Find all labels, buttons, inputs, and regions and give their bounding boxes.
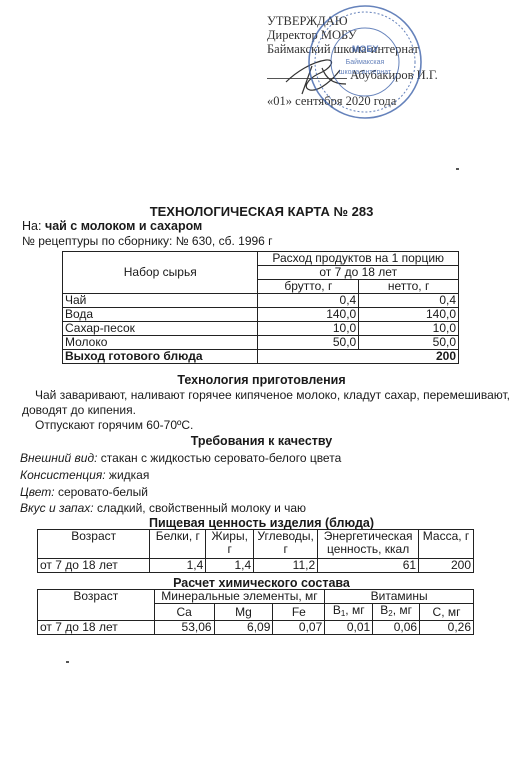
- quality-label: Консистенция:: [20, 468, 106, 482]
- quality-label: Внешний вид:: [20, 451, 97, 465]
- recipe-reference: № рецептуры по сборнику: № 630, сб. 1996…: [22, 234, 273, 248]
- chemical-table: Возраст Минеральные элементы, мг Витамин…: [37, 589, 474, 635]
- yield-label: Выход готового блюда: [63, 350, 258, 364]
- cell-fat: 1,4: [206, 559, 254, 573]
- header-protein: Белки, г: [150, 530, 206, 559]
- ingredient-net: 50,0: [359, 336, 459, 350]
- header-age: от 7 до 18 лет: [258, 266, 459, 280]
- ingredient-gross: 0,4: [258, 294, 359, 308]
- cell-energy: 61: [318, 559, 419, 573]
- header-fat: Жиры, г: [206, 530, 254, 559]
- quality-value: сладкий, свойственный молоку и чаю: [97, 501, 306, 515]
- ingredient-name: Молоко: [63, 336, 258, 350]
- vitamin-unit: , мг: [441, 605, 460, 619]
- quality-label: Цвет:: [20, 485, 55, 499]
- header-age: Возраст: [38, 590, 155, 621]
- header-energy: Энергетическая ценность, ккал: [318, 530, 419, 559]
- header-consumption: Расход продуктов на 1 порцию: [258, 252, 459, 266]
- ingredient-net: 10,0: [359, 322, 459, 336]
- cell-age: от 7 до 18 лет: [38, 621, 155, 635]
- technology-paragraph-1: Чай заваривают, наливают горячее кипячен…: [22, 388, 510, 418]
- yield-row: Выход готового блюда 200: [63, 350, 459, 364]
- scan-speck: [66, 661, 69, 663]
- vitamin-base: B: [333, 603, 341, 617]
- svg-text:МОБУ: МОБУ: [352, 44, 379, 54]
- for-label: На:: [22, 219, 41, 233]
- cell-protein: 1,4: [150, 559, 206, 573]
- header-c: C, мг: [420, 604, 474, 621]
- quality-color: Цвет: серовато-белый: [20, 485, 148, 499]
- header-ca: Ca: [154, 604, 214, 621]
- header-vitamins: Витамины: [325, 590, 474, 604]
- cell-c: 0,26: [420, 621, 474, 635]
- header-fe: Fe: [273, 604, 325, 621]
- header-b1: B1, мг: [325, 604, 373, 621]
- cell-b2: 0,06: [373, 621, 420, 635]
- ingredient-gross: 50,0: [258, 336, 359, 350]
- quality-appearance: Внешний вид: стакан с жидкостью серовато…: [20, 451, 341, 465]
- stamp-icon: МОБУ Баймакская школа-интернат: [305, 2, 425, 122]
- quality-consistency: Консистенция: жидкая: [20, 468, 149, 482]
- header-mass: Масса, г: [419, 530, 474, 559]
- header-mg: Mg: [214, 604, 273, 621]
- ingredient-net: 140,0: [359, 308, 459, 322]
- quality-taste: Вкус и запах: сладкий, свойственный моло…: [20, 501, 306, 515]
- dish-name: чай с молоком и сахаром: [45, 219, 202, 233]
- quality-value: стакан с жидкостью серовато-белого цвета: [101, 451, 341, 465]
- nutrition-heading: Пищевая ценность изделия (блюда): [0, 516, 523, 530]
- header-gross: брутто, г: [258, 280, 359, 294]
- cell-ca: 53,06: [154, 621, 214, 635]
- table-row: от 7 до 18 лет 53,06 6,09 0,07 0,01 0,06…: [38, 621, 474, 635]
- cell-fe: 0,07: [273, 621, 325, 635]
- table-row: Вода 140,0 140,0: [63, 308, 459, 322]
- cell-carbs: 11,2: [254, 559, 318, 573]
- header-minerals: Минеральные элементы, мг: [154, 590, 325, 604]
- cell-b1: 0,01: [325, 621, 373, 635]
- header-carbs: Углеводы, г: [254, 530, 318, 559]
- table-row: Молоко 50,0 50,0: [63, 336, 459, 350]
- technology-heading: Технология приготовления: [0, 373, 523, 387]
- quality-value: серовато-белый: [58, 485, 148, 499]
- ingredient-net: 0,4: [359, 294, 459, 308]
- quality-heading: Требования к качеству: [0, 434, 523, 448]
- vitamin-unit: , мг: [345, 603, 364, 617]
- quality-label: Вкус и запах:: [20, 501, 94, 515]
- ingredient-gross: 10,0: [258, 322, 359, 336]
- svg-text:школа-интернат: школа-интернат: [339, 69, 392, 76]
- table-row: от 7 до 18 лет 1,4 1,4 11,2 61 200: [38, 559, 474, 573]
- ingredient-gross: 140,0: [258, 308, 359, 322]
- ingredient-name: Чай: [63, 294, 258, 308]
- header-age: Возраст: [38, 530, 150, 559]
- nutrition-table: Возраст Белки, г Жиры, г Углеводы, г Эне…: [37, 529, 474, 573]
- scan-speck: [456, 168, 459, 170]
- technology-paragraph-2: Отпускают горячим 60-70ºС.: [22, 418, 510, 433]
- ingredient-name: Сахар-песок: [63, 322, 258, 336]
- ingredient-name: Вода: [63, 308, 258, 322]
- vitamin-unit: , мг: [393, 603, 412, 617]
- chemical-heading: Расчет химического состава: [0, 576, 523, 590]
- yield-value: 200: [258, 350, 459, 364]
- cell-mass: 200: [419, 559, 474, 573]
- ingredients-table: Набор сырья Расход продуктов на 1 порцию…: [62, 251, 459, 364]
- header-net: нетто, г: [359, 280, 459, 294]
- header-b2: B2, мг: [373, 604, 420, 621]
- table-row: Сахар-песок 10,0 10,0: [63, 322, 459, 336]
- quality-value: жидкая: [109, 468, 149, 482]
- header-raw: Набор сырья: [63, 252, 258, 294]
- document-title: ТЕХНОЛОГИЧЕСКАЯ КАРТА № 283: [0, 204, 523, 219]
- vitamin-base: C: [433, 605, 442, 619]
- dish-line: На: чай с молоком и сахаром: [22, 219, 202, 233]
- cell-mg: 6,09: [214, 621, 273, 635]
- table-row: Чай 0,4 0,4: [63, 294, 459, 308]
- cell-age: от 7 до 18 лет: [38, 559, 150, 573]
- svg-text:Баймакская: Баймакская: [346, 58, 385, 66]
